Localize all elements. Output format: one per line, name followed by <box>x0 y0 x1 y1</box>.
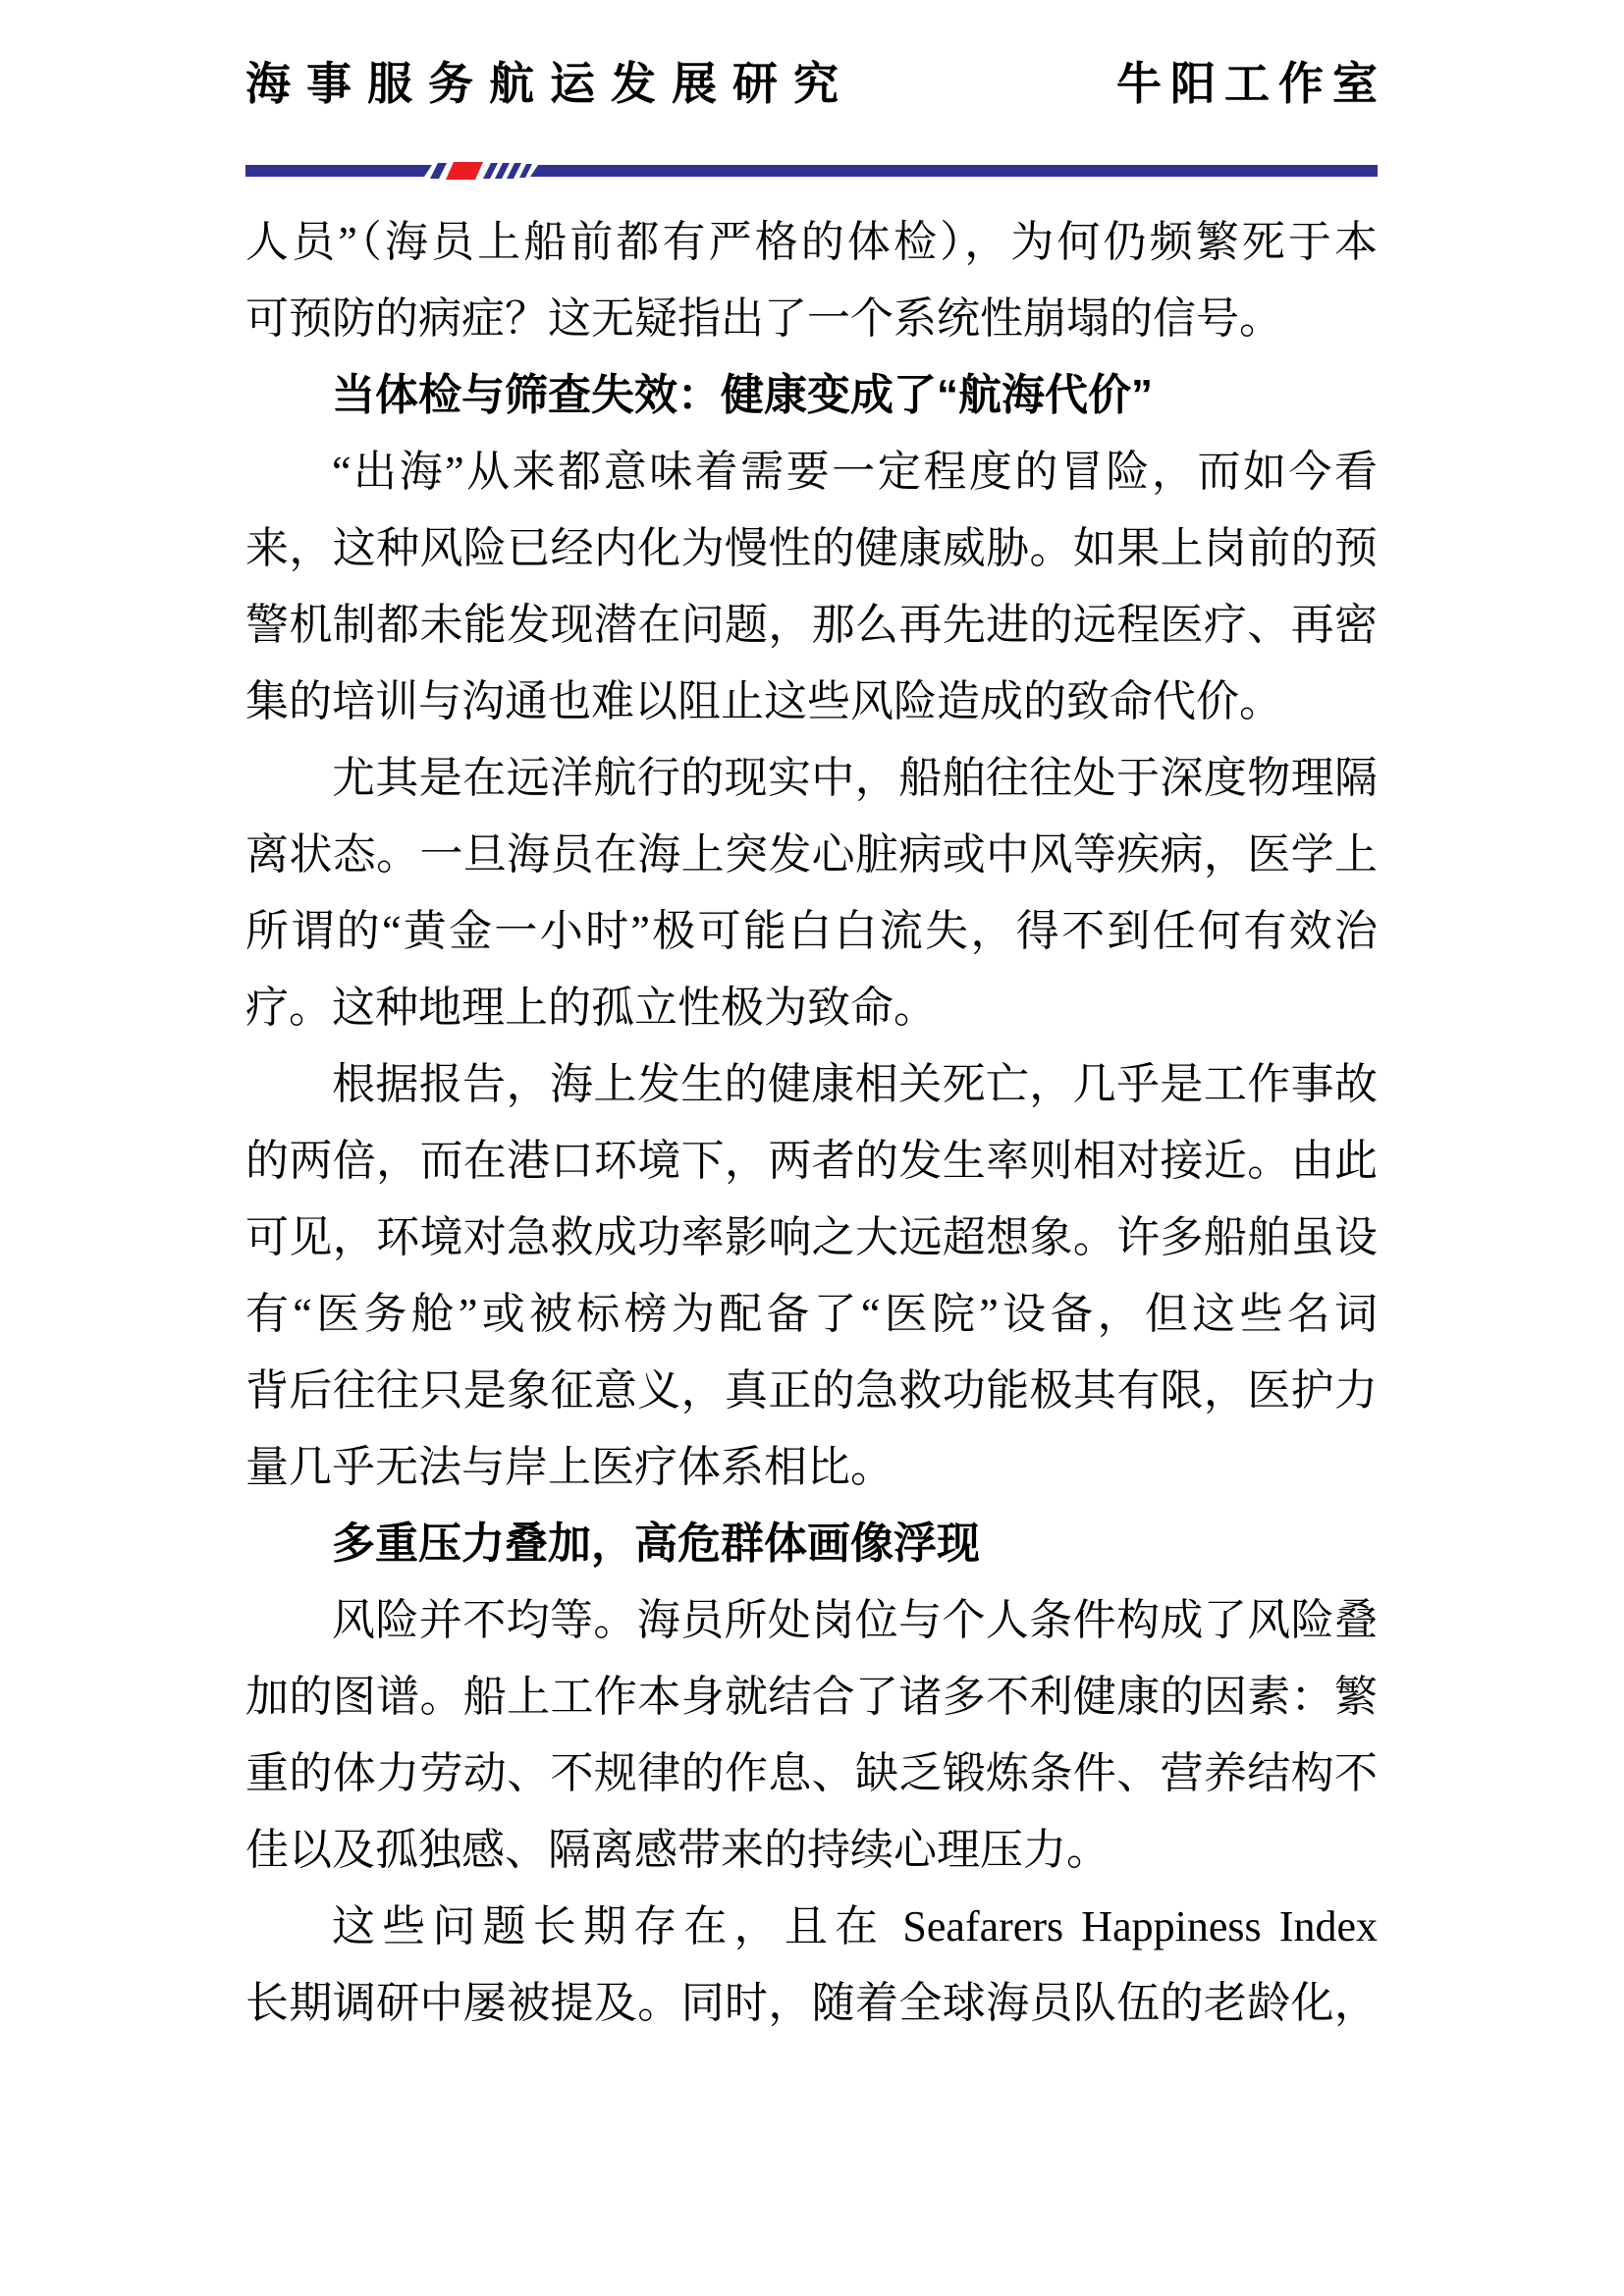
text-line: 所谓的“黄金一小时”极可能白白流失，得不到任何有效治 <box>245 893 1378 970</box>
section-heading: 当体检与筛查失效：健康变成了“航海代价” <box>245 357 1378 434</box>
text-line: 来，这种风险已经内化为慢性的健康威胁。如果上岗前的预 <box>245 510 1378 587</box>
section-heading: 多重压力叠加，高危群体画像浮现 <box>245 1506 1378 1582</box>
text-line: 可见，环境对急救成功率影响之大远超想象。许多船舶虽设 <box>245 1200 1378 1276</box>
text-line: 警机制都未能发现潜在问题，那么再先进的远程医疗、再密 <box>245 587 1378 664</box>
text-line: 长期调研中屡被提及。同时，随着全球海员队伍的老龄化， <box>245 1965 1378 2042</box>
document-page: 海事服务航运发展研究 牛阳工作室 人员”（海员上船前都有严格的体检 <box>0 0 1624 2296</box>
text-line: “出海”从来都意味着需要一定程度的冒险，而如今看 <box>245 434 1378 510</box>
header-left-title: 海事服务航运发展研究 <box>245 59 854 109</box>
text-line: 这些问题长期存在，且在 Seafarers Happiness Index <box>245 1889 1378 1965</box>
text-line: 加的图谱。船上工作本身就结合了诸多不利健康的因素：繁 <box>245 1659 1378 1735</box>
text-line: 重的体力劳动、不规律的作息、缺乏锻炼条件、营养结构不 <box>245 1735 1378 1812</box>
text-line: 可预防的病症？这无疑指出了一个系统性崩塌的信号。 <box>245 281 1378 357</box>
text-line: 离状态。一旦海员在海上突发心脏病或中风等疾病，医学上 <box>245 817 1378 893</box>
text-line: 根据报告，海上发生的健康相关死亡，几乎是工作事故 <box>245 1046 1378 1123</box>
header-titles: 海事服务航运发展研究 牛阳工作室 <box>245 59 1378 109</box>
text-line: 尤其是在远洋航行的现实中，船舶往往处于深度物理隔 <box>245 740 1378 817</box>
text-line: 的两倍，而在港口环境下，两者的发生率则相对接近。由此 <box>245 1123 1378 1200</box>
header-bar-decoration <box>245 162 1378 180</box>
header-rule-bar <box>245 162 1378 180</box>
text-line: 风险并不均等。海员所处岗位与个人条件构成了风险叠 <box>245 1582 1378 1659</box>
text-line: 有“医务舱”或被标榜为配备了“医院”设备，但这些名词 <box>245 1276 1378 1353</box>
text-line: 量几乎无法与岸上医疗体系相比。 <box>245 1429 1378 1506</box>
header-right-title: 牛阳工作室 <box>1116 59 1386 109</box>
text-line: 佳以及孤独感、隔离感带来的持续心理压力。 <box>245 1812 1378 1889</box>
text-line: 背后往往只是象征意义，真正的急救功能极其有限，医护力 <box>245 1353 1378 1429</box>
text-line: 人员”（海员上船前都有严格的体检），为何仍频繁死于本 <box>245 204 1378 281</box>
document-body: 人员”（海员上船前都有严格的体检），为何仍频繁死于本可预防的病症？这无疑指出了一… <box>245 204 1378 2042</box>
text-line: 疗。这种地理上的孤立性极为致命。 <box>245 970 1378 1046</box>
text-line: 集的培训与沟通也难以阻止这些风险造成的致命代价。 <box>245 664 1378 740</box>
